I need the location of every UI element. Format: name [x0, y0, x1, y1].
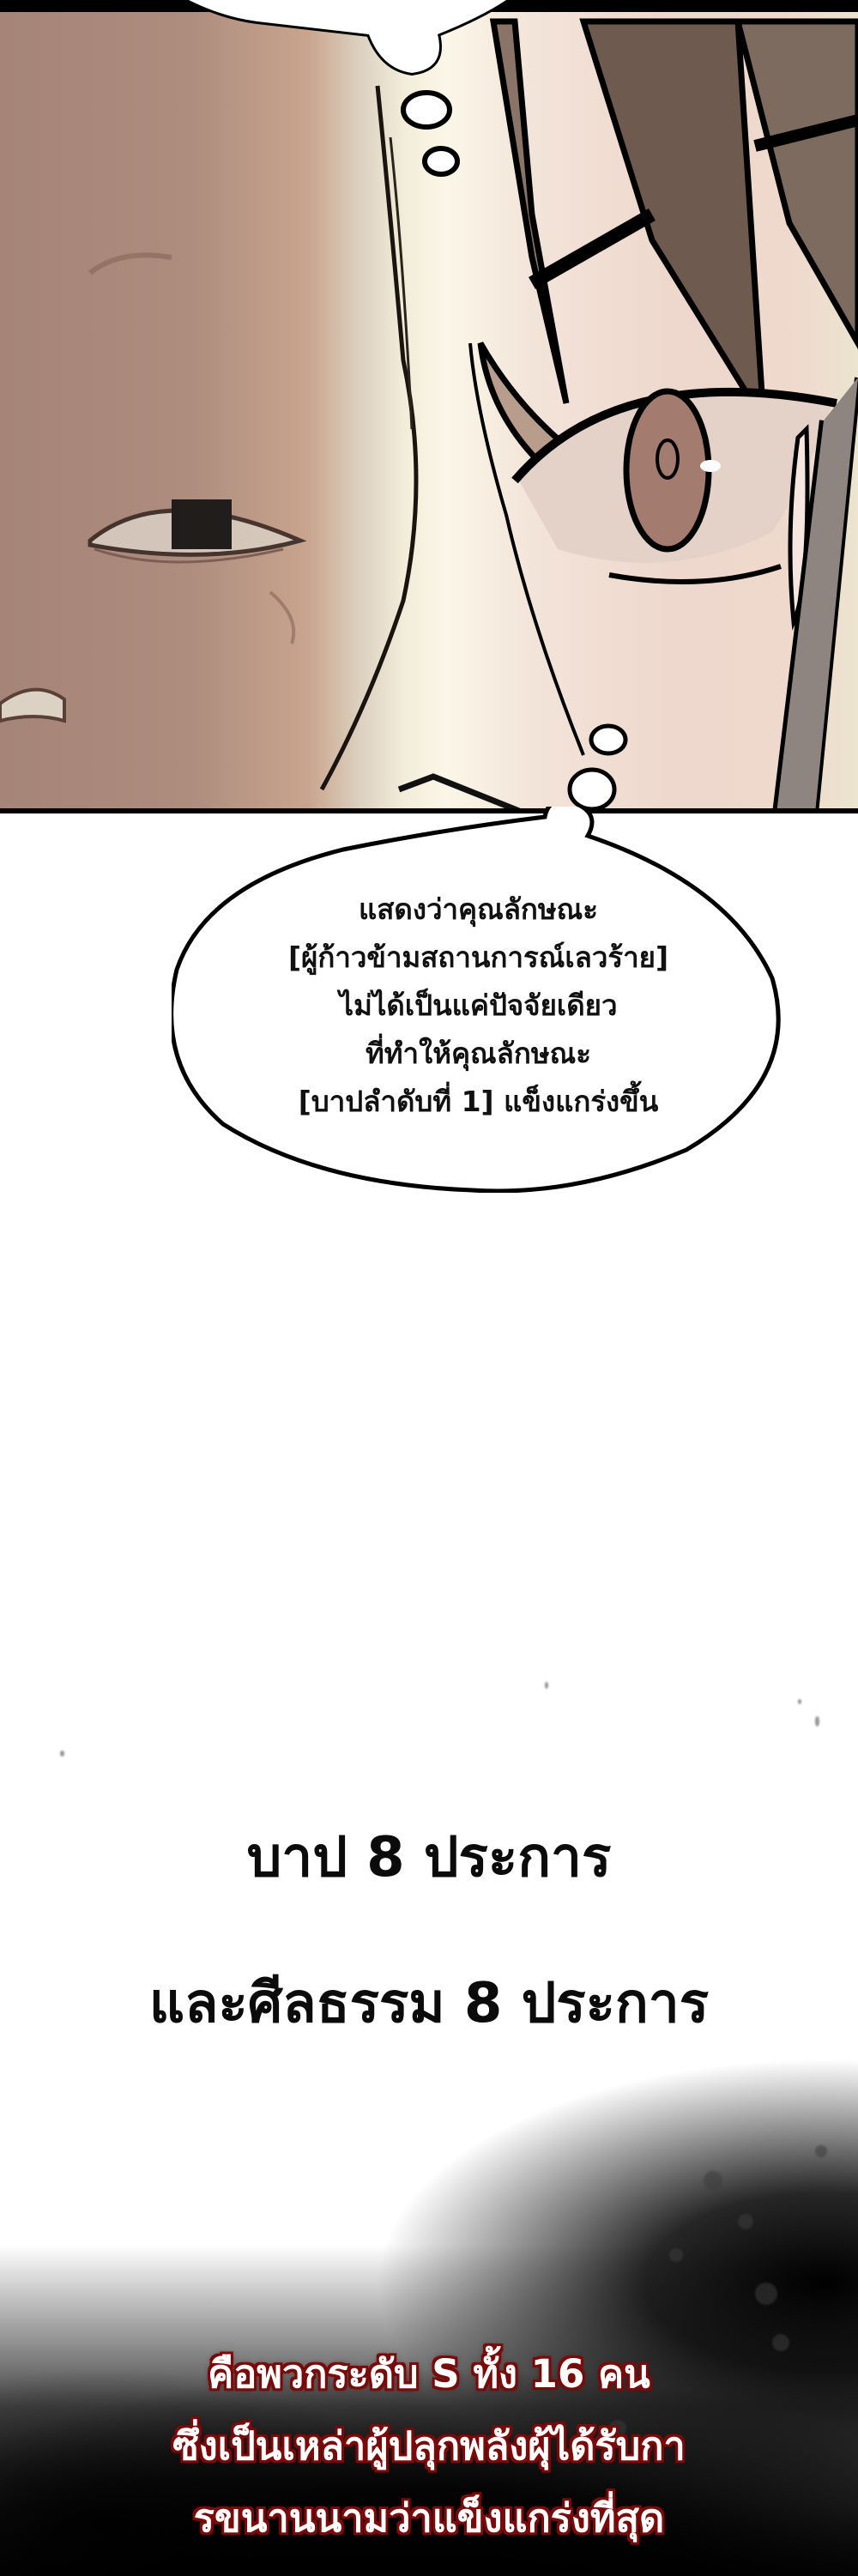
speech-bubble-text: แสดงว่าคุณลักษณะ [ผู้ก้าวข้ามสถานการณ์เล… [172, 886, 785, 1126]
speech-bubble: แสดงว่าคุณลักษณะ [ผู้ก้าวข้ามสถานการณ์เล… [172, 807, 785, 1193]
caption-line: ซึ่งเป็นเหล่าผู้ปลุกพลังผุ้ได้รับกา [0, 2410, 858, 2482]
panel-artwork [0, 0, 858, 813]
smoke-particle [669, 2248, 683, 2262]
smoke-particle [704, 2171, 722, 2190]
comic-panel-closeup [0, 0, 858, 813]
left-eye-icon [90, 499, 300, 562]
dust-speck [60, 1751, 64, 1757]
speech-line: [บาปลำดับที่ 1] แข็งแกร่งขึ้น [172, 1078, 785, 1126]
smoke-particle [815, 2145, 827, 2157]
speech-line: ที่ทำให้คุณลักษณะ [172, 1030, 785, 1078]
caption-line: คือพวกระดับ S ทั้ง 16 คน [0, 2338, 858, 2410]
caption-text: คือพวกระดับ S ทั้ง 16 คน ซึ่งเป็นเหล่าผู… [0, 2338, 858, 2555]
dust-speck [815, 1716, 819, 1726]
caption-line: รขนานนามว่าแข็งแกร่งที่สุด [0, 2482, 858, 2555]
speech-line: [ผู้ก้าวข้ามสถานการณ์เลวร้าย] [172, 934, 785, 982]
smoke-particle [755, 2283, 777, 2305]
narration-line: บาป 8 ประการ [0, 1785, 858, 1931]
dust-speck [798, 1699, 801, 1704]
smoke-particle [738, 2214, 753, 2229]
speech-line: แสดงว่าคุณลักษณะ [172, 886, 785, 934]
speech-line: ไม่ได้เป็นแค่ปัจจัยเดียว [172, 982, 785, 1030]
dust-speck [545, 1682, 548, 1689]
